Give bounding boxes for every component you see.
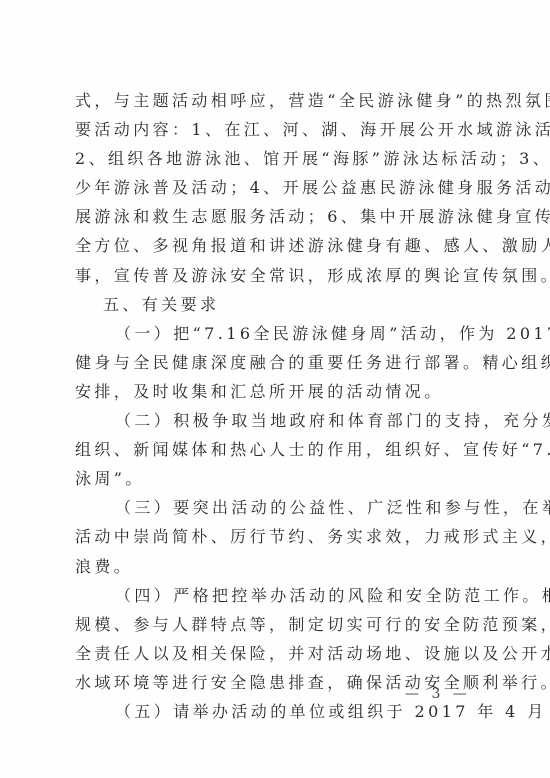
text-line: 式，与主题活动相呼应，营造“全民游泳健身”的热烈氛围。主 xyxy=(75,86,479,115)
document-page: 式，与主题活动相呼应，营造“全民游泳健身”的热烈氛围。主 要活动内容：1、在江、… xyxy=(0,0,550,778)
text-line: 全责任人以及相关保险，并对活动场地、设施以及公开水域游泳 xyxy=(75,639,479,668)
text-line: 2、组织各地游泳池、馆开展“海豚”游泳达标活动；3、开展青 xyxy=(75,144,479,173)
text-line: 要活动内容：1、在江、河、湖、海开展公开水域游泳活动； xyxy=(75,115,479,144)
text-line: 浪费。 xyxy=(75,552,479,581)
requirement-1: （一）把“7.16全民游泳健身周”活动，作为 2017 年全民 健身与全民健康深… xyxy=(75,319,479,406)
text-line: 规模、参与人群特点等，制定切实可行的安全防范预案，落实安 xyxy=(75,610,479,639)
paragraph-activities: 式，与主题活动相呼应，营造“全民游泳健身”的热烈氛围。主 要活动内容：1、在江、… xyxy=(75,86,479,290)
requirement-2: （二）积极争取当地政府和体育部门的支持，充分发挥社会 组织、新闻媒体和热心人士的… xyxy=(75,406,479,493)
page-number: — 3 — xyxy=(405,686,471,702)
requirement-4: （四）严格把控举办活动的风险和安全防范工作。根据活动 规模、参与人群特点等，制定… xyxy=(75,581,479,697)
requirement-3: （三）要突出活动的公益性、广泛性和参与性，在举办相关 活动中崇尚简朴、厉行节约、… xyxy=(75,493,479,580)
text-line: 安排，及时收集和汇总所开展的活动情况。 xyxy=(75,377,479,406)
section-heading: 五、有关要求 xyxy=(75,290,479,319)
text-line: 展游泳和救生志愿服务活动；6、集中开展游泳健身宣传活动。 xyxy=(75,202,479,231)
text-line: 少年游泳普及活动；4、开展公益惠民游泳健身服务活动；5、开 xyxy=(75,173,479,202)
text-line: 活动中崇尚简朴、厉行节约、务实求效，力戒形式主义，奢华 xyxy=(75,522,479,551)
text-line: 事，宣传普及游泳安全常识，形成浓厚的舆论宣传氛围。 xyxy=(75,261,479,290)
text-line: （二）积极争取当地政府和体育部门的支持，充分发挥社会 xyxy=(75,406,479,435)
text-line: 泳周”。 xyxy=(75,464,479,493)
text-line: （四）严格把控举办活动的风险和安全防范工作。根据活动 xyxy=(75,581,479,610)
text-line: （一）把“7.16全民游泳健身周”活动，作为 2017 年全民 xyxy=(75,319,479,348)
text-line: 全方位、多视角报道和讲述游泳健身有趣、感人、激励人的故 xyxy=(75,231,479,260)
document-body: 式，与主题活动相呼应，营造“全民游泳健身”的热烈氛围。主 要活动内容：1、在江、… xyxy=(75,86,479,726)
text-line: 健身与全民健康深度融合的重要任务进行部署。精心组织，统筹 xyxy=(75,348,479,377)
text-line: （三）要突出活动的公益性、广泛性和参与性，在举办相关 xyxy=(75,493,479,522)
text-line: 组织、新闻媒体和热心人士的作用，组织好、宣传好“7.16 游 xyxy=(75,435,479,464)
